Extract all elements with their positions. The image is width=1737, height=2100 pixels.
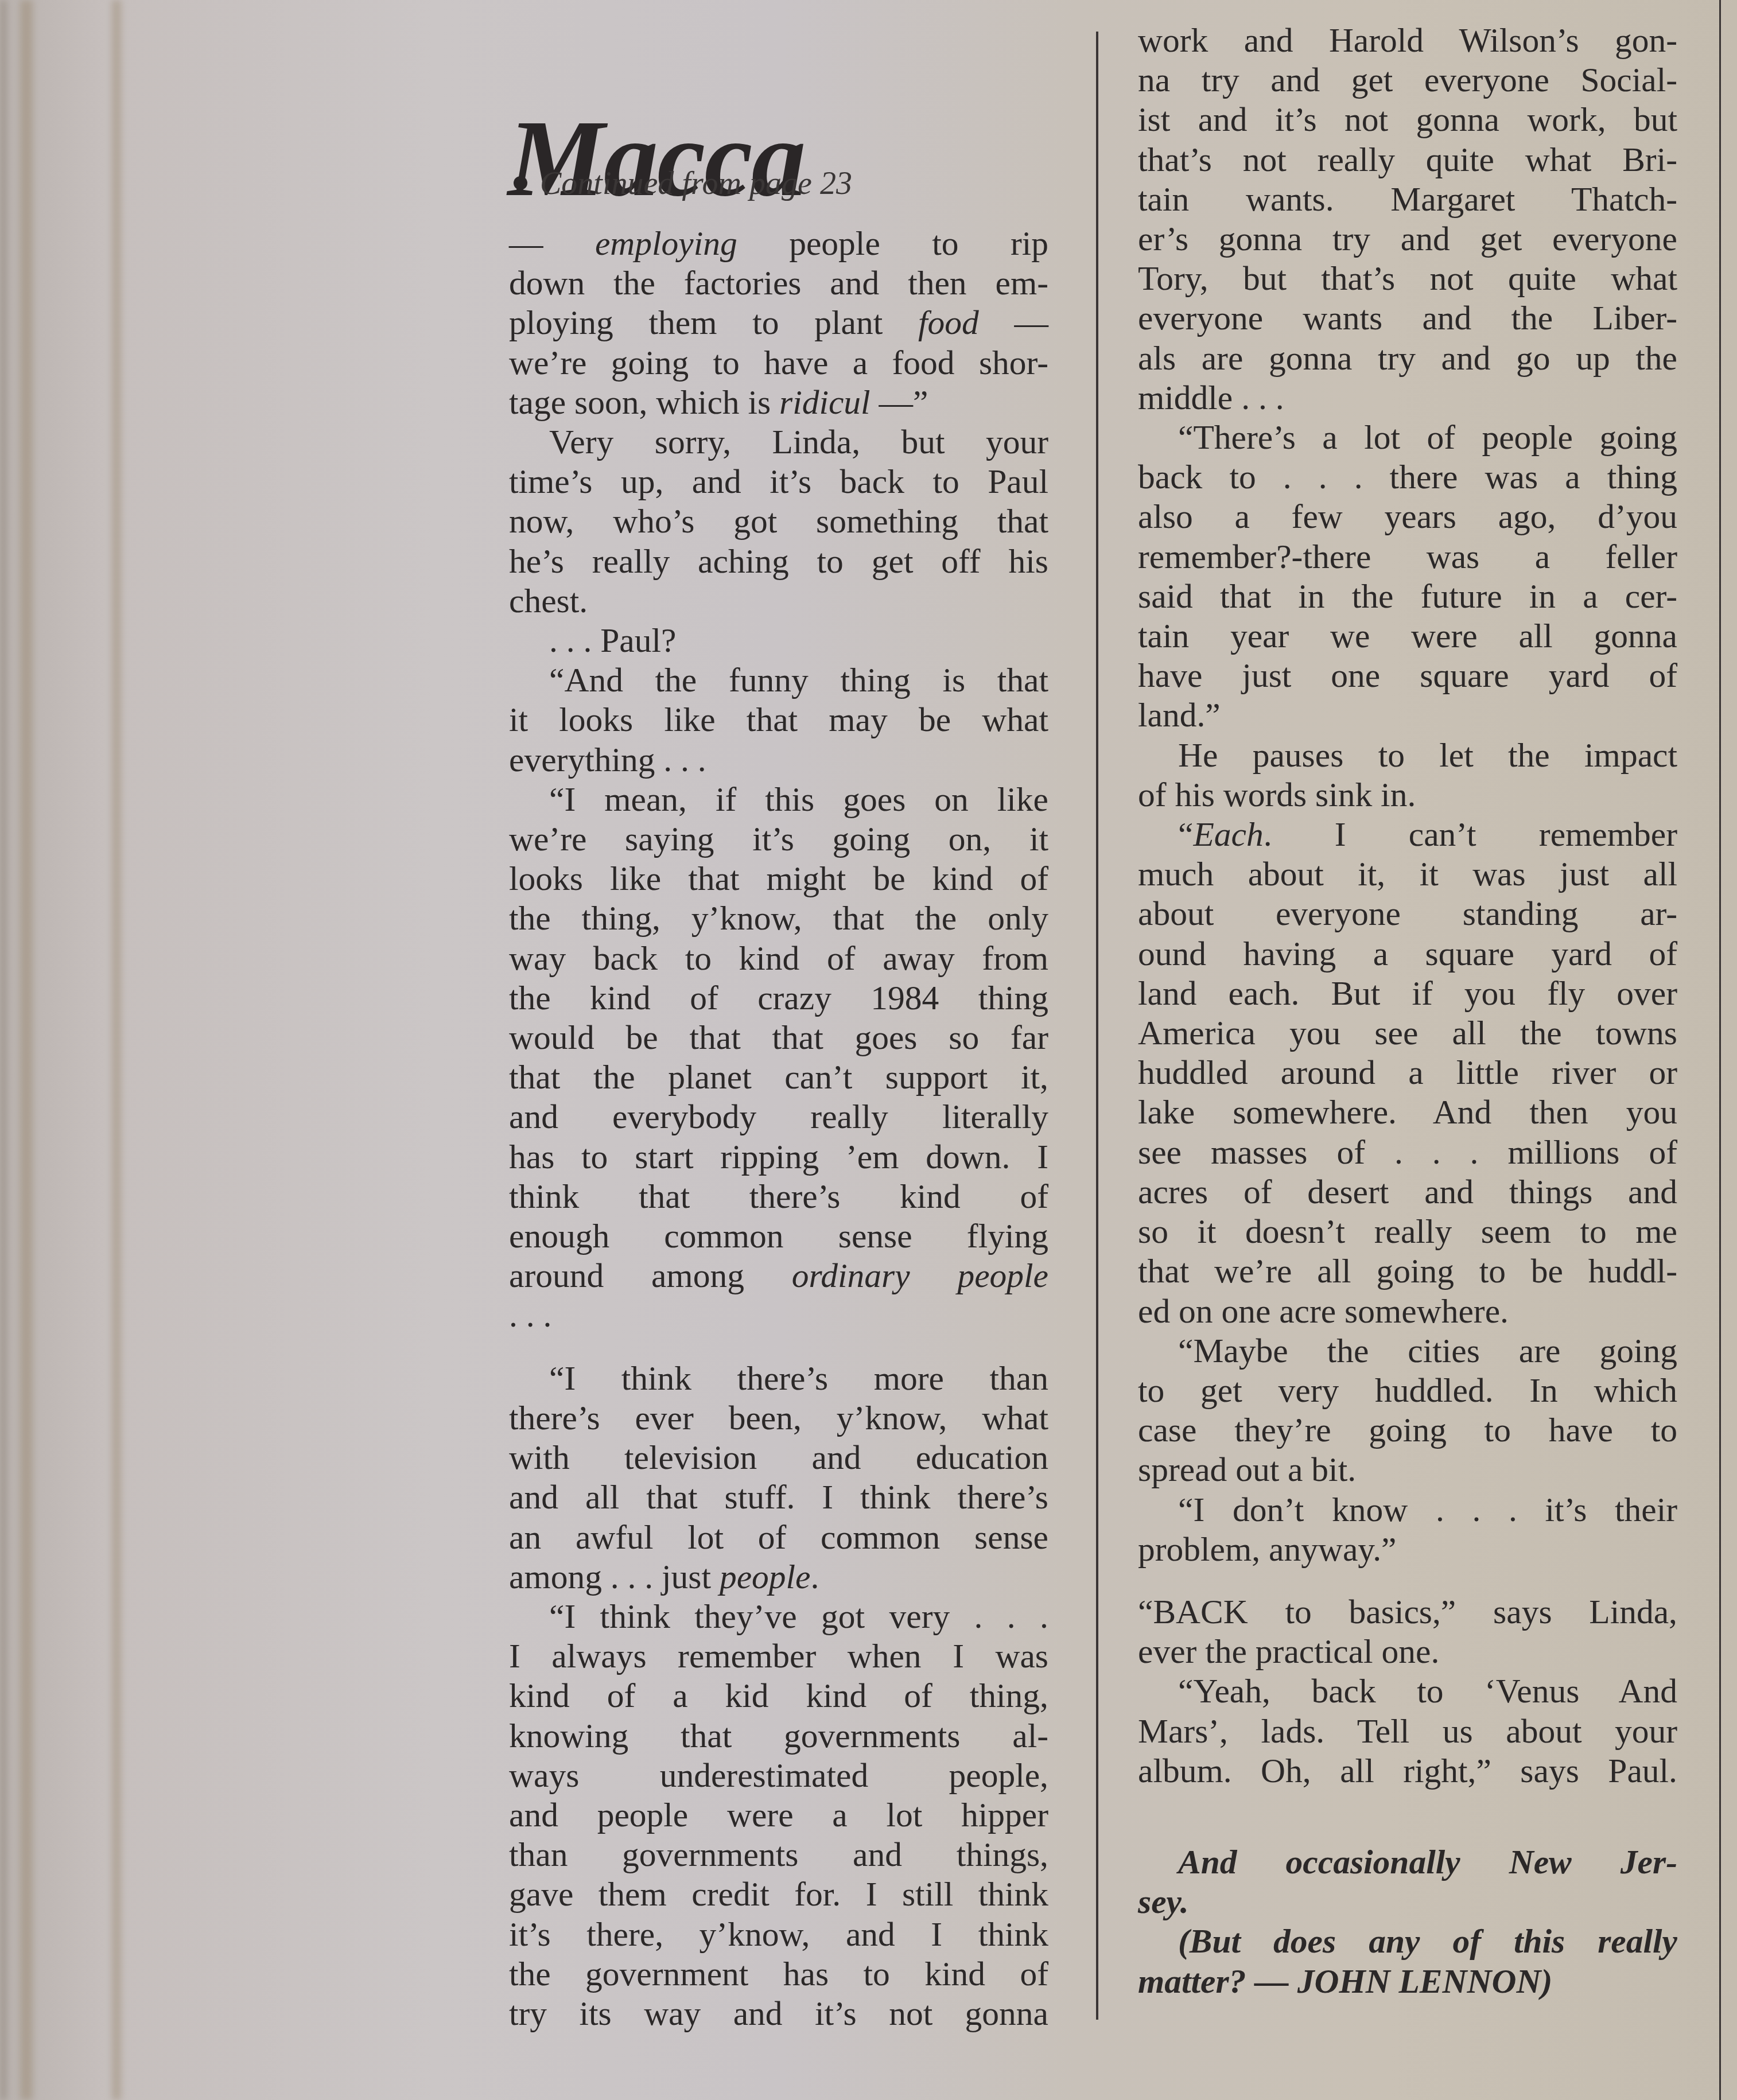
- text-line: try its way and it’s not gonna: [509, 1994, 1048, 2033]
- text-line: and people were a lot hipper: [509, 1795, 1048, 1835]
- text-line: Tory, but that’s not quite what: [1138, 259, 1677, 298]
- text-line: ist and it’s not gonna work, but: [1138, 100, 1677, 139]
- text-line: “I don’t know . . . it’s their: [1138, 1490, 1677, 1530]
- text-line: matter? — JOHN LENNON): [1138, 1962, 1677, 2001]
- text-line: chest.: [509, 581, 1048, 621]
- text-line: I always remember when I was: [509, 1636, 1048, 1676]
- text-line: enough common sense flying: [509, 1216, 1048, 1256]
- text-line: “Each. I can’t remember: [1138, 815, 1677, 854]
- text-line: “Yeah, back to ‘Venus And: [1138, 1671, 1677, 1711]
- text-line: sey.: [1138, 1882, 1677, 1922]
- text-line: the thing, y’know, that the only: [509, 899, 1048, 938]
- text-line: it looks like that may be what: [509, 700, 1048, 740]
- text-line: tain year we were all gonna: [1138, 616, 1677, 656]
- continued-from-line: Continued from page 23: [514, 168, 852, 200]
- article-column-right: work and Harold Wilson’s gon-na try and …: [1138, 21, 1677, 2001]
- text-line: ways underestimated people,: [509, 1756, 1048, 1795]
- text-line: . . .: [509, 1296, 1048, 1335]
- text-line: with television and education: [509, 1438, 1048, 1477]
- text-line: remember?-there was a feller: [1138, 537, 1677, 577]
- text-line: problem, anyway.”: [1138, 1530, 1677, 1569]
- text-line: everything . . .: [509, 740, 1048, 780]
- text-line: — employing people to rip: [509, 224, 1048, 263]
- text-line: said that in the future in a cer-: [1138, 577, 1677, 616]
- text-line: that the planet can’t support it,: [509, 1057, 1048, 1097]
- text-line: kind of a kid kind of thing,: [509, 1676, 1048, 1716]
- text-line: “BACK to basics,” says Linda,: [1138, 1592, 1677, 1632]
- text-line: And occasionally New Jer-: [1138, 1842, 1677, 1882]
- text-line: have just one square yard of: [1138, 656, 1677, 695]
- text-line: among . . . just people.: [509, 1557, 1048, 1597]
- paragraph-gap: [1138, 1791, 1677, 1842]
- paragraph-gap: [1138, 1569, 1677, 1592]
- text-line: “I mean, if this goes on like: [509, 780, 1048, 819]
- text-line: land.”: [1138, 695, 1677, 735]
- text-line: he’s really aching to get off his: [509, 542, 1048, 581]
- text-line: that’s not really quite what Bri-: [1138, 140, 1677, 180]
- text-line: middle . . .: [1138, 378, 1677, 418]
- paragraph-gap: [509, 1336, 1048, 1359]
- text-line: ploying them to plant food —: [509, 303, 1048, 343]
- text-line: an awful lot of common sense: [509, 1518, 1048, 1557]
- text-line: knowing that governments al-: [509, 1716, 1048, 1756]
- text-line: spread out a bit.: [1138, 1450, 1677, 1490]
- text-line: album. Oh, all right,” says Paul.: [1138, 1751, 1677, 1791]
- text-line: . . . Paul?: [509, 621, 1048, 660]
- text-line: it’s there, y’know, and I think: [509, 1915, 1048, 1954]
- text-line: much about it, it was just all: [1138, 854, 1677, 894]
- text-line: the government has to kind of: [509, 1954, 1048, 1994]
- text-line: would be that that goes so far: [509, 1018, 1048, 1057]
- paper-fold-stain: [20, 0, 33, 2100]
- column-divider: [1096, 32, 1098, 2020]
- text-line: land each. But if you fly over: [1138, 974, 1677, 1013]
- text-line: “I think there’s more than: [509, 1359, 1048, 1398]
- text-line: case they’re going to have to: [1138, 1410, 1677, 1450]
- text-line: Very sorry, Linda, but your: [509, 422, 1048, 462]
- text-line: “I think they’ve got very . . .: [509, 1597, 1048, 1636]
- text-line: everyone wants and the Liber-: [1138, 298, 1677, 338]
- paper-edge-stain: [0, 0, 7, 2100]
- text-line: way back to kind of away from: [509, 939, 1048, 978]
- text-line: “And the funny thing is that: [509, 660, 1048, 700]
- text-line: acres of desert and things and: [1138, 1172, 1677, 1212]
- text-line: ound having a square yard of: [1138, 934, 1677, 974]
- text-line: “There’s a lot of people going: [1138, 418, 1677, 457]
- text-line: gave them credit for. I still think: [509, 1875, 1048, 1914]
- text-line: America you see all the towns: [1138, 1013, 1677, 1053]
- text-line: tage soon, which is ridicul —”: [509, 383, 1048, 422]
- text-line: that we’re all going to be huddl-: [1138, 1251, 1677, 1291]
- text-line: down the factories and then em-: [509, 263, 1048, 303]
- text-line: to get very huddled. In which: [1138, 1371, 1677, 1410]
- text-line: and everybody really literally: [509, 1097, 1048, 1137]
- text-line: think that there’s kind of: [509, 1177, 1048, 1216]
- text-line: we’re going to have a food shor-: [509, 343, 1048, 383]
- text-line: (But does any of this really: [1138, 1922, 1677, 1961]
- text-line: na try and get everyone Social-: [1138, 60, 1677, 100]
- text-line: than governments and things,: [509, 1835, 1048, 1875]
- text-line: “Maybe the cities are going: [1138, 1331, 1677, 1371]
- text-line: around among ordinary people: [509, 1256, 1048, 1296]
- paper-fold-stain: [112, 0, 121, 2100]
- text-line: also a few years ago, d’you: [1138, 497, 1677, 536]
- text-line: we’re saying it’s going on, it: [509, 819, 1048, 859]
- text-line: there’s ever been, y’know, what: [509, 1398, 1048, 1438]
- text-line: lake somewhere. And then you: [1138, 1092, 1677, 1132]
- text-line: time’s up, and it’s back to Paul: [509, 462, 1048, 501]
- text-line: work and Harold Wilson’s gon-: [1138, 21, 1677, 60]
- text-line: the kind of crazy 1984 thing: [509, 978, 1048, 1018]
- text-line: He pauses to let the impact: [1138, 736, 1677, 775]
- article-column-left: — employing people to ripdown the factor…: [509, 224, 1048, 2033]
- text-line: ed on one acre somewhere.: [1138, 1292, 1677, 1331]
- text-line: so it doesn’t really seem to me: [1138, 1212, 1677, 1251]
- text-line: see masses of . . . millions of: [1138, 1133, 1677, 1172]
- continued-from-text: Continued from page 23: [540, 166, 852, 201]
- text-line: now, who’s got something that: [509, 501, 1048, 541]
- text-line: and all that stuff. I think there’s: [509, 1477, 1048, 1517]
- text-line: about everyone standing ar-: [1138, 894, 1677, 934]
- bullet-icon: [514, 176, 527, 190]
- text-line: looks like that might be kind of: [509, 859, 1048, 899]
- text-line: of his words sink in.: [1138, 775, 1677, 815]
- text-line: tain wants. Margaret Thatch-: [1138, 180, 1677, 219]
- text-line: Mars’, lads. Tell us about your: [1138, 1712, 1677, 1751]
- text-line: als are gonna try and go up the: [1138, 339, 1677, 378]
- text-line: er’s gonna try and get everyone: [1138, 219, 1677, 259]
- text-line: back to . . . there was a thing: [1138, 457, 1677, 497]
- page-border-right: [1719, 0, 1721, 2100]
- text-line: ever the practical one.: [1138, 1632, 1677, 1671]
- text-line: has to start ripping ’em down. I: [509, 1137, 1048, 1177]
- text-line: huddled around a little river or: [1138, 1053, 1677, 1092]
